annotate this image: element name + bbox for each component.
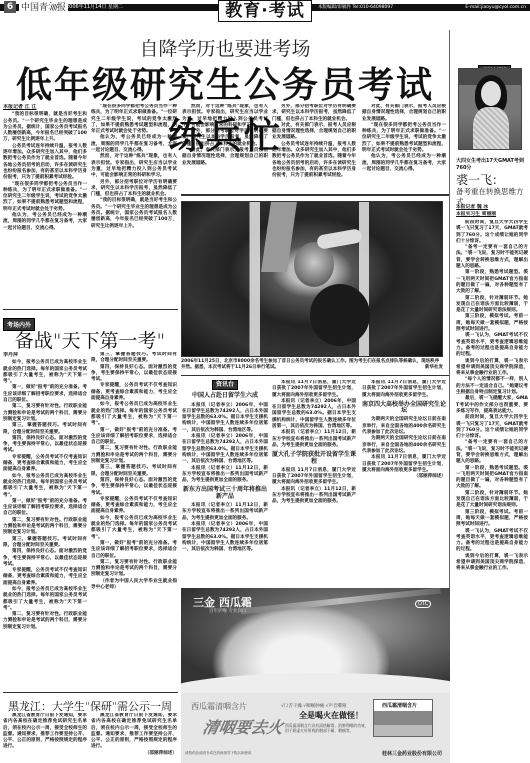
brief-text: 本报讯（记者李立）2006年，中国在日留学生总数为74292人，占日本外国留学生… (182, 522, 268, 553)
paragraph: 另外，部分招考职位对学历有明确要求，研究生以本科学历报考，虽然降低了门槛，但也挤… (272, 104, 356, 123)
paragraph: 他认为，考公务员已经成为一种潮流，周围的同学几乎都在复习备考，大家一起讨论题目、… (91, 135, 177, 154)
paragraph: 第一，做好"报考"前的充分准备。考生应该详细了解招考职位要求，选择适合自己的职位… (3, 499, 87, 518)
paragraph: 第二，复习要有针对性。行政职业能力测验和申论是考试的两个科目，需要分别制定复习计… (91, 446, 177, 465)
paragraph: 然而，对于这种"练兵"现象，也有人表示担忧。专家指出，研究生应当以学业为重，过早… (91, 154, 177, 179)
lead-column-4: 另外，部分招考职位对学历有明确要求，研究生以本科学历报考，虽然降低了门槛，但也挤… (272, 104, 356, 192)
briefs-column-1: 资讯台 中国人占赴日留学生六成 本报讯（记者李立）2006年，中国在日留学生总数… (182, 380, 268, 585)
paragraph: 裘一飞认为，GMAT考试不仅考查英语水平，更考查逻辑思维能力。备考的过程也是提高… (456, 333, 528, 358)
product-box-label: 西瓜霜清咽含片 (382, 702, 417, 709)
brief-text: 本报讯 11月7日消息，厦门大学近日获批了2007年外国留学生招生计划，厦大将面… (272, 468, 356, 487)
paragraph: 第一阶段，熟悉考试题型。裘一飞用两天时间把GMAT官方指南的题目做了一遍，对各种… (456, 466, 528, 491)
paragraph: "现在很多同学都把考公务员当作一种练兵，为了明年正式求职做准备。"一位研究生二年… (362, 123, 446, 154)
advertisement[interactable]: 三金 西瓜霜 百年护喉 专业润口 OTC 西瓜霜清咽含片 清咽要去火 √口舌干燥… (181, 588, 450, 763)
bottom-story-title: 黑龙江：大学生"保研"需公示一周 (0, 698, 180, 714)
paragraph: 公务员考试连年持续升温，报考人数逐年增加。众多研究生加入其中，他们多数把考公务员… (272, 142, 356, 180)
portrait-photo (458, 68, 522, 150)
section-email[interactable]: E-mail:jiaoyu@cyol.com.cn (465, 4, 526, 11)
paragraph: 对此，有关部门表示，报考人员应根据自身情况理性选择，合理规划自己的职业发展道路。 (182, 148, 268, 167)
ad-slogan: 全是喝火在做怪！ (299, 710, 363, 721)
lead-byline: 本报记者 江 江 (3, 104, 87, 110)
paragraph: 第一，做好"报考"前的充分准备。考生应该详细了解招考职位要求，选择适合自己的职位… (91, 428, 177, 447)
photo-sign (261, 202, 297, 272)
brief-text: 本报讯 11月7日消息，厦门大学近日获批了2007年外国留学生招生计划，厦大将面… (362, 455, 446, 474)
ad-footer: 西瓜霜清咽含片 清咽要去火 √口舌干燥 √咽喉肿痛 √声音嘶哑 全是喝火在做怪！… (181, 693, 450, 763)
paragraph: 第四，保持良好心态。面对激烈的竞争，考生要保持平常心，以最佳状态迎接考试。 (3, 549, 87, 568)
page-number: 6 (4, 1, 16, 13)
product-box-image: 西瓜霜清咽含片 (373, 699, 433, 737)
editor-contact: 本版编辑/审稿件 Tel:010-64098097 (318, 4, 393, 11)
paragraph: 对此，有关部门表示，报考人员应根据自身情况理性选择，合理规划自己的职业发展道路。 (272, 123, 356, 142)
paragraph: 如今，报考公务员已成为高校毕业生就业的热门选择。每年的国家公务员考试都吸引了大量… (91, 402, 177, 427)
paragraph: 专家提醒，公务员考试不仅考查知识储备，更考查综合素质和能力，考生应全面提高自身素… (91, 497, 177, 516)
paragraph: 另外，部分招考职位对学历有明确要求，研究生以本科学历报考，虽然降低了门槛，但也挤… (182, 129, 268, 148)
paragraph: "现在很多同学都把考公务员当作一种练兵，为了明年正式求职做准备。"一位研究生二年… (91, 104, 177, 135)
paragraph: 第二，复习要有针对性。行政职业能力测验和申论是考试的两个科目，需要分别制定复习计… (3, 518, 87, 537)
newspaper-logo: 中国青年报 (19, 0, 68, 13)
issue-date: 2006年11月14日 星期二 (66, 3, 123, 10)
paragraph: "我的目标很明确，就是当好考生和公务员。"一个研究生毕业生的理想是成为公务员。据… (3, 112, 87, 143)
bottom-story-credit: （邵丽萍综述） (91, 751, 177, 757)
paragraph: 另外，部分招考职位对学历有明确要求，研究生以本科学历报考，虽然降低了门槛，但也挤… (91, 180, 177, 199)
paragraph: 第三，掌握答题技巧。考试时间有限，合理分配时间至关重要。 (91, 352, 177, 365)
ad-company: 桂林三金药业股份有限公司 (382, 750, 442, 757)
feature-credit: （作者为中国人民大学毕业生就业指导中心老师） (91, 579, 177, 592)
slash-decoration: //// (50, 3, 57, 12)
paragraph: 第一阶段，熟悉考试题型。裘一飞用两天时间把GMAT官方指南的题目做了一遍，对各种… (456, 270, 528, 295)
paragraph: 他认为，考公务员已经成为一种潮流，周围的同学几乎都在复习备考，大家一起讨论题目、… (3, 213, 87, 232)
divider (181, 375, 449, 376)
paragraph: 第三阶段，模拟考试。考前一周，她每天做一套模拟题，严格按照考试时间进行。 (456, 510, 528, 529)
lead-column-5: 对此，有关部门表示，报考人员应根据自身情况理性选择，合理规划自己的职业发展道路。… (362, 104, 446, 192)
brief-text: 本报讯（记者李立）11月12日，新东方学校宣布将推出一系列出国考试新产品，为考生… (272, 430, 356, 449)
paragraph: "现在很多同学都把考公务员当作一种练兵，为了明年正式求职做准备。"一位研究生二年… (3, 182, 87, 213)
photo-foreground-head (310, 284, 370, 346)
paragraph: 第二，复习要有针对性。行政职业能力测验和申论是考试的两个科目，需要分别制定复习计… (3, 404, 87, 423)
photo-caption: 2006年11月25日，北京市8000余名考生参加了首日公务员考试的报名确认工作… (181, 359, 443, 371)
bottom-story-column-1: 黑龙江省教育厅日前下发通知，要求省内各高校在确定推荐免试研究生名单后，须在校内公… (3, 713, 87, 763)
paragraph: 如今，报考公务员已成为高校毕业生就业的热门选择。每年的国家公务员考试都吸引了大量… (3, 587, 87, 612)
lead-column-1: 本报记者 江 江 "我的目标很明确，就是当好考生和公务员。"一个研究生毕业生的理… (3, 104, 87, 300)
brief-text: 本报讯（记者李立）11月12日，新东方学校宣布将推出一系列出国考试新产品，为考生… (182, 466, 268, 485)
feature-column-1: 李丹萍 如今，报考公务员已成为高校毕业生就业的热门选择。每年的国家公务员考试都吸… (3, 352, 87, 687)
paragraph: 如今，报考公务员已成为高校毕业生就业的热门选择。每年的国家公务员考试都吸引了大量… (91, 516, 177, 541)
paragraph: "每个人的情况都不一样，别人的方法不一定适合自己。"她建议考生根据自身特点制定复… (456, 377, 528, 396)
paragraph: "我的目标很明确，就是当好考生和公务员。"一个研究生毕业生的理想是成为公务员。据… (91, 198, 177, 229)
briefs-label-text: 资讯台 (212, 380, 238, 390)
paragraph: 如今，报考公务员已成为高校毕业生就业的热门选择。每年的国家公务员考试都吸引了大量… (3, 474, 87, 499)
caption-text: 2006年11月25日，北京市8000余名考生参加了首日公务员考试的报名确认工作… (181, 359, 439, 370)
section-title: 教育·考试 (218, 0, 312, 22)
paragraph: 对此，有关部门表示，报考人员应根据自身情况理性选择，合理规划自己的职业发展道路。 (362, 104, 446, 123)
feature-column-2: 第三，掌握答题技巧。考试时间有限，合理分配时间至关重要。 第四，保持良好心态。面… (91, 352, 177, 687)
paragraph: 前段时间，复旦大学大四学生裘一飞只复习了17天，GMAT就考到了760分。这个成… (456, 220, 528, 245)
photo-credit: 新华社发 (425, 365, 443, 371)
brief-title: 厦大孔子学院获批开设留学生课程 (272, 452, 356, 465)
ad-product-name: 西瓜霜清咽含片 (191, 701, 247, 712)
paragraph: 黑龙江省教育厅日前下发通知，要求省内各高校在确定推荐免试研究生名单后，须在校内公… (3, 713, 87, 751)
paragraph: 如今，报考公务员已成为高校毕业生就业的热门选择。每年的国家公务员考试都吸引了大量… (3, 360, 87, 385)
paragraph: "备考一定要有一套自己的方法。"裘一飞说，复习时不能死记硬背，要学会转换思维方式… (456, 440, 528, 465)
brief-text: 本报讯 11月7日消息，厦门大学近日获批了2007年外国留学生招生计划，厦大将面… (272, 380, 356, 399)
brief-text: 本报讯（记者李立）2006年，中国在日留学生总数为74292人，占日本外国留学生… (182, 434, 268, 465)
masthead: 6 中国青年报 //// 2006年11月14日 星期二 教育·考试 本版编辑/… (0, 0, 530, 28)
news-photo (181, 201, 443, 357)
paragraph: 专家提醒，公务员考试不仅考查知识储备，更考查综合素质和能力，考生应全面提高自身素… (91, 383, 177, 402)
paragraph: 第四，保持良好心态。面对激烈的竞争，考生要保持平常心，以最佳状态迎接考试。 (91, 478, 177, 497)
paragraph: 专家提醒，公务员考试不仅考查知识储备，更考查综合素质和能力，考生应全面提高自身素… (3, 455, 87, 474)
paragraph: 第三，掌握答题技巧。考试时间有限，合理分配时间至关重要。 (3, 537, 87, 550)
paragraph: "备考一定要有一套自己的方法。"裘一飞说，复习时不能死记硬背，要学会转换思维方式… (456, 245, 528, 270)
brief-text: 本报讯 11月7日消息，厦门大学近日获批了2007年外国留学生招生计划，厦大将面… (362, 380, 446, 399)
paragraph: 最后，裘一飞提醒大家，GMAT考试中的作文部分也很重要，要多练习写作，提高表达能… (456, 396, 528, 415)
ad-fine-print: 请按药品说明书或在药师指导下购买和使用 (185, 751, 252, 756)
brief-text: 本报讯（记者李立）2006年，中国在日留学生总数为74292人，占日本外国留学生… (272, 399, 356, 430)
paragraph: 前段时间，复旦大学大四学生裘一飞只复习了17天，GMAT就考到了760分。这个成… (456, 415, 528, 440)
paragraph: 第三，掌握答题技巧。考试时间有限，合理分配时间至关重要。 (3, 423, 87, 436)
paragraph: 第二，复习要有针对性。行政职业能力测验和申论是考试的两个科目，需要分别制定复习计… (91, 560, 177, 579)
brief-text: 本报讯（记者李立）2006年，中国在日留学生总数为74292人，占日本外国留学生… (182, 403, 268, 434)
ad-brand-tagline: 百年护喉 专业润口 (209, 608, 246, 614)
photo-hand (316, 228, 363, 250)
paragraph: 第三阶段，模拟考试。考前一周，她每天做一套模拟题，严格按照考试时间进行。 (456, 314, 528, 333)
paragraph: 谈到今后的打算，裘一飞表示希望申请到美国顶尖商学院深造，将来从事金融行业的工作。 (456, 554, 528, 573)
sidebar-byline: 本报记者 魏 冰 本报实习生 周丽丽 (456, 204, 496, 218)
brief-text: 本报讯（记者李立）11月12日，新东方学校宣布将推出一系列出国考试新产品，为考生… (272, 487, 356, 506)
briefs-label: 资讯台 (182, 380, 268, 390)
brief-title: 中国人占赴日留学生六成 (182, 393, 268, 399)
sidebar-article: 考研大通道 大四女生考出17天GMAT考到760分 裘一飞： 备考重在转换思维方… (452, 28, 530, 763)
brief-text: 为期两天的全国研究生论坛日前在南京举行，来自全国各地的400余名研究生代表参加了… (362, 436, 446, 455)
feature-title: 备战"天下第一考" (0, 326, 180, 353)
ad-description: 西瓜霜清咽含片具有清热解毒、消肿利咽的功效，用于阴虚火旺所致的咽部干燥、咽痛等。 (285, 723, 370, 733)
brief-text: 为期两天的全国研究生论坛日前在南京举行，来自全国各地的400余名研究生代表参加了… (362, 417, 446, 436)
paragraph: 第二阶段，针对薄弱环节。她发现自己在语法方面比较薄弱，于是花了大量时间研究语法规… (456, 296, 528, 315)
briefs-column-2: 本报讯 11月7日消息，厦门大学近日获批了2007年外国留学生招生计划，厦大将面… (272, 380, 356, 585)
paragraph: 第四，保持良好心态。面对激烈的竞争，考生要保持平常心，以最佳状态迎接考试。 (91, 365, 177, 384)
paragraph: 他认为，考公务员已经成为一种潮流，周围的同学几乎都在复习备考，大家一起讨论题目、… (362, 154, 446, 173)
otc-badge: OTC (415, 600, 431, 608)
ad-logo: 清咽要去火 (201, 715, 285, 738)
paragraph: 第二阶段，针对薄弱环节。她发现自己在语法方面比较薄弱，于是花了大量时间研究语法规… (456, 491, 528, 510)
paragraph: 第四，保持良好心态。面对激烈的竞争，考生要保持平常心，以最佳状态迎接考试。 (3, 436, 87, 455)
bottom-story-column-2: 黑龙江省教育厅日前下发通知，要求省内各高校在确定推荐免试研究生名单后，须在校内公… (91, 713, 177, 763)
portrait-face (481, 81, 501, 106)
briefs-credit: （邵丽萍综述） (362, 474, 446, 480)
paragraph: 黑龙江省教育厅日前下发通知，要求省内各高校在确定推荐免试研究生名单后，须在校内公… (91, 713, 177, 751)
paragraph: 谈到今后的打算，裘一飞表示希望申请到美国顶尖商学院深造，将来从事金融行业的工作。 (456, 359, 528, 378)
paragraph: 第二，复习要有针对性。行政职业能力测验和申论是考试的两个科目，需要分别制定复习计… (3, 612, 87, 631)
portrait-caption: 大四女生考出17天GMAT考到760分 (456, 158, 528, 172)
paragraph: 专家提醒，公务员考试不仅考查知识储备，更考查综合素质和能力，考生应全面提高自身素… (3, 568, 87, 587)
lead-column-3: 然而，对于这种"练兵"现象，也有人表示担忧。专家指出，研究生应当以学业为重，过早… (182, 104, 268, 192)
sidebar-headline-name: 裘一飞： (456, 173, 528, 187)
ad-claims: √口舌干燥 √咽喉肿痛 √声音嘶哑 (281, 703, 346, 709)
paragraph: 第三，掌握答题技巧。考试时间有限，合理分配时间至关重要。 (91, 465, 177, 478)
divider (181, 194, 449, 196)
paragraph: 第一，做好"报考"前的充分准备。考生应该详细了解招考职位要求，选择适合自己的职位… (91, 541, 177, 560)
briefs-column-3: 本报讯 11月7日消息，厦门大学近日获批了2007年外国留学生招生计划，厦大将面… (362, 380, 446, 585)
paragraph: 第一，做好"报考"前的充分准备。考生应该详细了解招考职位要求，选择适合自己的职位… (3, 385, 87, 404)
feature-byline: 李丹萍 (3, 352, 87, 358)
sidebar-body: 前段时间，复旦大学大四学生裘一飞只复习了17天，GMAT就考到了760分。这个成… (456, 220, 528, 760)
brief-title: 南京四大高校举办全国研究生论坛 (362, 402, 446, 415)
divider (3, 692, 178, 693)
paragraph: 公务员考试连年持续升温，报考人数逐年增加。众多研究生加入其中，他们多数把考公务员… (3, 144, 87, 182)
brief-text: 本报讯（记者李立）11月12日，新东方学校宣布将推出一系列出国考试新产品，为考生… (182, 503, 268, 522)
brief-title: 新东方出国考试三十周年将推出新产品 (182, 487, 268, 500)
portrait-body (473, 107, 509, 150)
photo-face (294, 242, 334, 287)
paragraph: 然而，对于这种"练兵"现象，也有人表示担忧。专家指出，研究生应当以学业为重，过早… (182, 104, 268, 129)
paragraph: 裘一飞认为，GMAT考试不仅考查英语水平，更考查逻辑思维能力。备考的过程也是提高… (456, 529, 528, 554)
divider (3, 309, 178, 310)
lead-column-2: "现在很多同学都把考公务员当作一种练兵，为了明年正式求职做准备。"一位研究生二年… (91, 104, 177, 300)
